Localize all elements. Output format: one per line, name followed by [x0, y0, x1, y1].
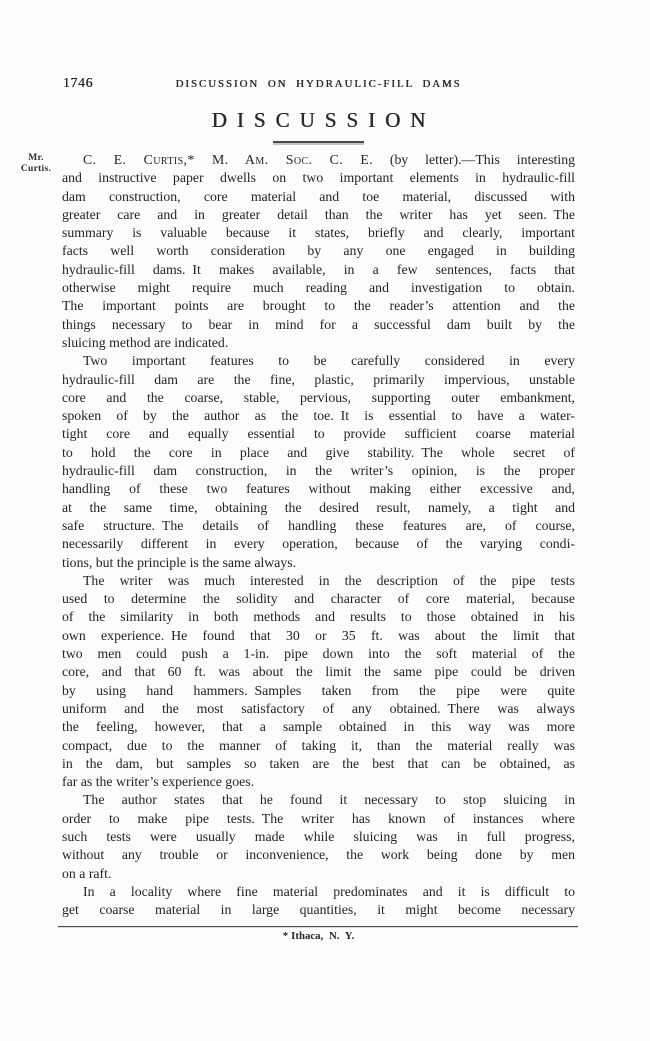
text-line: order to make pipe tests. The writer has… — [62, 810, 575, 828]
text-line: tight core and equally essential to prov… — [62, 425, 575, 443]
text-line: In a locality where fine material predom… — [62, 883, 575, 901]
text-line: to hold the core in place and give stabi… — [62, 444, 575, 462]
title-rule — [273, 141, 364, 143]
text-line: greater care and in greater detail than … — [62, 206, 575, 224]
text-line: safe structure. The details of handling … — [62, 517, 575, 535]
text-line: facts well worth consideration by any on… — [62, 242, 575, 260]
text-line: and instructive paper dwells on two impo… — [62, 169, 575, 187]
text-line: handling of these two features without m… — [62, 480, 575, 498]
text-line: The writer was much interested in the de… — [62, 572, 575, 590]
text-line: summary is valuable because it states, b… — [62, 224, 575, 242]
text-line: core and the coarse, stable, pervious, s… — [62, 389, 575, 407]
running-head: DISCUSSION ON HYDRAULIC-FILL DAMS — [62, 78, 575, 90]
footnote-rule — [58, 926, 578, 927]
text-line: hydraulic-fill dam are the fine, plastic… — [62, 371, 575, 389]
text-line: core, and that 60 ft. was about the limi… — [62, 663, 575, 681]
text-line: at the same time, obtaining the desired … — [62, 499, 575, 517]
text-line: spoken of by the author as the toe. It i… — [62, 407, 575, 425]
text-line: sluicing method are indicated. — [62, 334, 575, 352]
margin-note-line: Mr. — [14, 153, 58, 164]
text-line: the feeling, however, that a sample obta… — [62, 718, 575, 736]
text-line: C. E. Curtis,* M. Am. Soc. C. E. (by let… — [62, 151, 575, 169]
text-line: otherwise might require much reading and… — [62, 279, 575, 297]
margin-note-speaker: Mr. Curtis. — [14, 153, 58, 174]
text-line: without any trouble or inconvenience, th… — [62, 846, 575, 864]
text-line: far as the writer’s experience goes. — [62, 773, 575, 791]
text-line: hydraulic-fill dams. It makes available,… — [62, 261, 575, 279]
section-title: DISCUSSION — [62, 108, 575, 133]
text-line: on a raft. — [62, 865, 575, 883]
text-line: such tests were usually made while sluic… — [62, 828, 575, 846]
line-text: (by letter).—This interesting — [373, 152, 575, 167]
text-line: The important points are brought to the … — [62, 297, 575, 315]
text-line: Two important features to be carefully c… — [62, 352, 575, 370]
text-line: of the similarity in both methods and re… — [62, 608, 575, 626]
text-line: own experience. He found that 30 or 35 f… — [62, 627, 575, 645]
body-text: C. E. Curtis,* M. Am. Soc. C. E. (by let… — [62, 151, 575, 919]
text-line: by using hand hammers. Samples taken fro… — [62, 682, 575, 700]
margin-note-line: Curtis. — [14, 164, 58, 175]
text-line: get coarse material in large quantities,… — [62, 901, 575, 919]
text-line: used to determine the solidity and chara… — [62, 590, 575, 608]
footnote-marker: * — [283, 930, 288, 942]
text-line: necessarily different in every operation… — [62, 535, 575, 553]
text-line: tions, but the principle is the same alw… — [62, 554, 575, 572]
text-line: hydraulic-fill dam construction, in the … — [62, 462, 575, 480]
text-line: two men could push a 1-in. pipe down int… — [62, 645, 575, 663]
text-line: compact, due to the manner of taking it,… — [62, 737, 575, 755]
scan-noise-specks — [0, 0, 2, 2]
text-line: dam construction, core material and toe … — [62, 188, 575, 206]
text-line: The author states that he found it neces… — [62, 791, 575, 809]
footnote: *Ithaca, N. Y. — [62, 930, 575, 942]
text-line: uniform and the most satisfactory of any… — [62, 700, 575, 718]
scanned-page: 1746 DISCUSSION ON HYDRAULIC-FILL DAMS D… — [0, 0, 650, 1041]
footnote-text: Ithaca, N. Y. — [291, 930, 354, 942]
text-line: things necessary to bear in mind for a s… — [62, 316, 575, 334]
speaker-name: C. E. Curtis,* M. Am. Soc. C. E. — [83, 152, 373, 167]
text-line: in the dam, but samples so taken are the… — [62, 755, 575, 773]
